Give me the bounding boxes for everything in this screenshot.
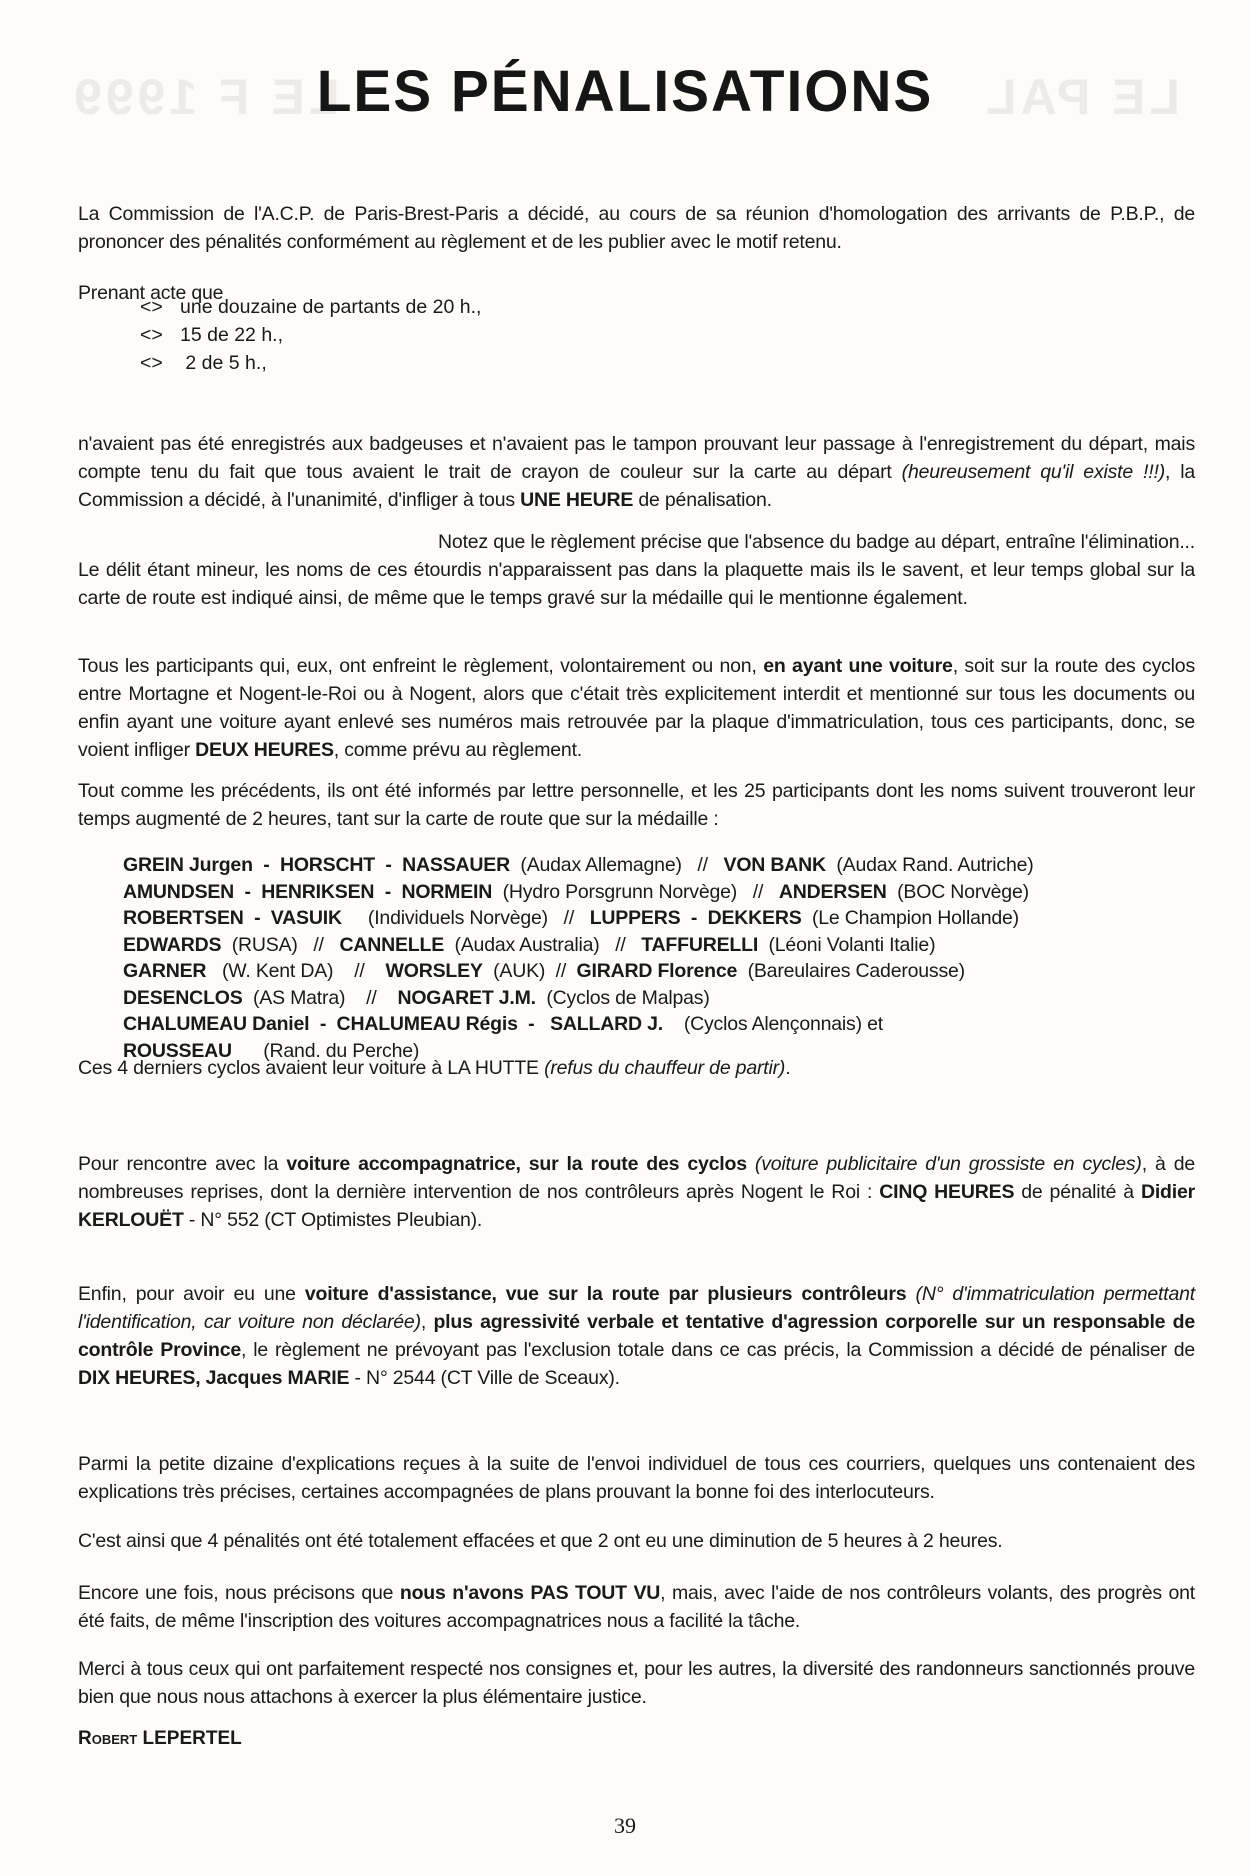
participant-name: GARNER [123, 960, 206, 982]
not-all-seen-paragraph: Encore une fois, nous précisons que nous… [78, 1579, 1195, 1635]
club-info: (AS Matra) // [243, 987, 398, 1009]
participant-name: CHALUMEAU Daniel - CHALUMEAU Régis - SAL… [123, 1013, 663, 1035]
ten-hours-penalty-paragraph: Enfin, pour avoir eu une voiture d'assis… [78, 1280, 1195, 1392]
signature-first-name: Robert [78, 1728, 137, 1749]
participant-name: EDWARDS [123, 934, 221, 956]
intro-paragraph: La Commission de l'A.C.P. de Paris-Brest… [78, 200, 1195, 256]
bold-text: voiture d'assistance, vue sur la route p… [305, 1283, 907, 1305]
thanks-paragraph: Merci à tous ceux qui ont parfaitement r… [78, 1655, 1195, 1711]
two-hours-penalty-paragraph: Tous les participants qui, eux, ont enfr… [78, 652, 1195, 764]
penalty-ten-hours: DIX HEURES, Jacques MARIE [78, 1367, 349, 1389]
names-footer: Ces 4 derniers cyclos avaient leur voitu… [78, 1054, 1195, 1082]
bold-text: en ayant une voiture [763, 655, 953, 677]
club-info: (Audax Australia) // [444, 934, 641, 956]
text: , [421, 1311, 434, 1333]
bold-text: nous n'avons PAS TOUT VU [400, 1582, 660, 1604]
club-info: (Cyclos de Malpas) [536, 987, 710, 1009]
effaced-penalties-paragraph: C'est ainsi que 4 pénalités ont été tota… [78, 1527, 1195, 1555]
participant-name: DESENCLOS [123, 987, 243, 1009]
explanations-paragraph: Parmi la petite dizaine d'explications r… [78, 1450, 1195, 1506]
text: Ces 4 derniers cyclos avaient leur voitu… [78, 1057, 544, 1079]
note-continuation-paragraph: Le délit étant mineur, les noms de ces é… [78, 556, 1195, 612]
bullet-item: <> une douzaine de partants de 20 h., [140, 293, 481, 321]
text: - N° 552 (CT Optimistes Pleubian). [184, 1209, 482, 1231]
bullet-marker: <> [140, 349, 180, 377]
participant-name: AMUNDSEN - HENRIKSEN - NORMEIN [123, 881, 492, 903]
club-info: (RUSA) // [221, 934, 339, 956]
club-info: (Cyclos Alençonnais) et [663, 1013, 883, 1035]
bullet-text: 15 de 22 h., [180, 321, 283, 349]
bullet-text: une douzaine de partants de 20 h., [180, 293, 481, 321]
text: - N° 2544 (CT Ville de Sceaux). [349, 1367, 620, 1389]
names-row: EDWARDS (RUSA) // CANNELLE (Audax Austra… [123, 932, 1034, 959]
names-row: GREIN Jurgen - HORSCHT - NASSAUER (Audax… [123, 852, 1034, 879]
names-row: ROBERTSEN - VASUIK (Individuels Norvège)… [123, 905, 1034, 932]
bold-text: voiture accompagnatrice, sur la route de… [286, 1153, 746, 1175]
names-row: GARNER (W. Kent DA) // WORSLEY (AUK) // … [123, 958, 1034, 985]
club-info: (Individuels Norvège) // [342, 907, 590, 929]
participant-name: LUPPERS - DEKKERS [590, 907, 802, 929]
club-info: (Bareulaires Caderousse) [737, 960, 965, 982]
club-info: (AUK) // [483, 960, 577, 982]
five-hours-penalty-paragraph: Pour rencontre avec la voiture accompagn… [78, 1150, 1195, 1234]
one-hour-penalty-paragraph: n'avaient pas été enregistrés aux badgeu… [78, 430, 1195, 514]
participant-name: NOGARET J.M. [397, 987, 535, 1009]
page-title: LES PÉNALISATIONS [13, 58, 1238, 125]
text: , comme prévu au règlement. [334, 739, 582, 761]
participant-name: ROBERTSEN - VASUIK [123, 907, 342, 929]
italic-text: (refus du chauffeur de partir) [544, 1057, 785, 1079]
bullet-text: 2 de 5 h., [180, 349, 267, 377]
bullet-marker: <> [140, 293, 180, 321]
text: Enfin, pour avoir eu une [78, 1283, 305, 1305]
club-info: (Audax Rand. Autriche) [826, 854, 1034, 876]
informed-paragraph: Tout comme les précédents, ils ont été i… [78, 777, 1195, 833]
participant-name: GIRARD Florence [577, 960, 738, 982]
participant-name: CANNELLE [339, 934, 444, 956]
club-info: (Le Champion Hollande) [802, 907, 1019, 929]
participant-name: WORSLEY [386, 960, 483, 982]
club-info: (Léoni Volanti Italie) [758, 934, 935, 956]
penalized-names-list: GREIN Jurgen - HORSCHT - NASSAUER (Audax… [123, 852, 1034, 1064]
participant-name: VON BANK [724, 854, 826, 876]
participant-name: TAFFURELLI [641, 934, 758, 956]
club-info: (Audax Allemagne) // [510, 854, 724, 876]
participant-name: ANDERSEN [779, 881, 887, 903]
bullet-marker: <> [140, 321, 180, 349]
text: , le règlement ne prévoyant pas l'exclus… [241, 1339, 1195, 1361]
page-number: 39 [0, 1813, 1250, 1839]
club-info: (Hydro Porsgrunn Norvège) // [492, 881, 779, 903]
text: de pénalité à [1014, 1181, 1141, 1203]
text: Tous les participants qui, eux, ont enfr… [78, 655, 763, 677]
signature-last-name: LEPERTEL [143, 1728, 242, 1749]
penalty-five-hours: CINQ HEURES [879, 1181, 1014, 1203]
penalty-two-hours: DEUX HEURES [195, 739, 334, 761]
club-info: (W. Kent DA) // [206, 960, 385, 982]
text: de pénalisation. [633, 489, 772, 511]
names-row: DESENCLOS (AS Matra) // NOGARET J.M. (Cy… [123, 985, 1034, 1012]
bullet-item: <> 2 de 5 h., [140, 349, 481, 377]
names-row: AMUNDSEN - HENRIKSEN - NORMEIN (Hydro Po… [123, 879, 1034, 906]
participant-name: GREIN Jurgen - HORSCHT - NASSAUER [123, 854, 510, 876]
bullet-list: <> une douzaine de partants de 20 h., <>… [140, 293, 481, 377]
names-row: CHALUMEAU Daniel - CHALUMEAU Régis - SAL… [123, 1011, 1034, 1038]
note-paragraph: Notez que le règlement précise que l'abs… [78, 528, 1195, 556]
penalty-one-hour: UNE HEURE [520, 489, 633, 511]
bullet-item: <> 15 de 22 h., [140, 321, 481, 349]
club-info: (BOC Norvège) [887, 881, 1029, 903]
italic-text: (voiture publicitaire d'un grossiste en … [747, 1153, 1142, 1175]
text: Encore une fois, nous précisons que [78, 1582, 400, 1604]
text: . [785, 1057, 790, 1079]
signature: Robert LEPERTEL [78, 1728, 242, 1750]
italic-text: (heureusement qu'il existe !!!) [902, 461, 1165, 483]
text: Pour rencontre avec la [78, 1153, 286, 1175]
